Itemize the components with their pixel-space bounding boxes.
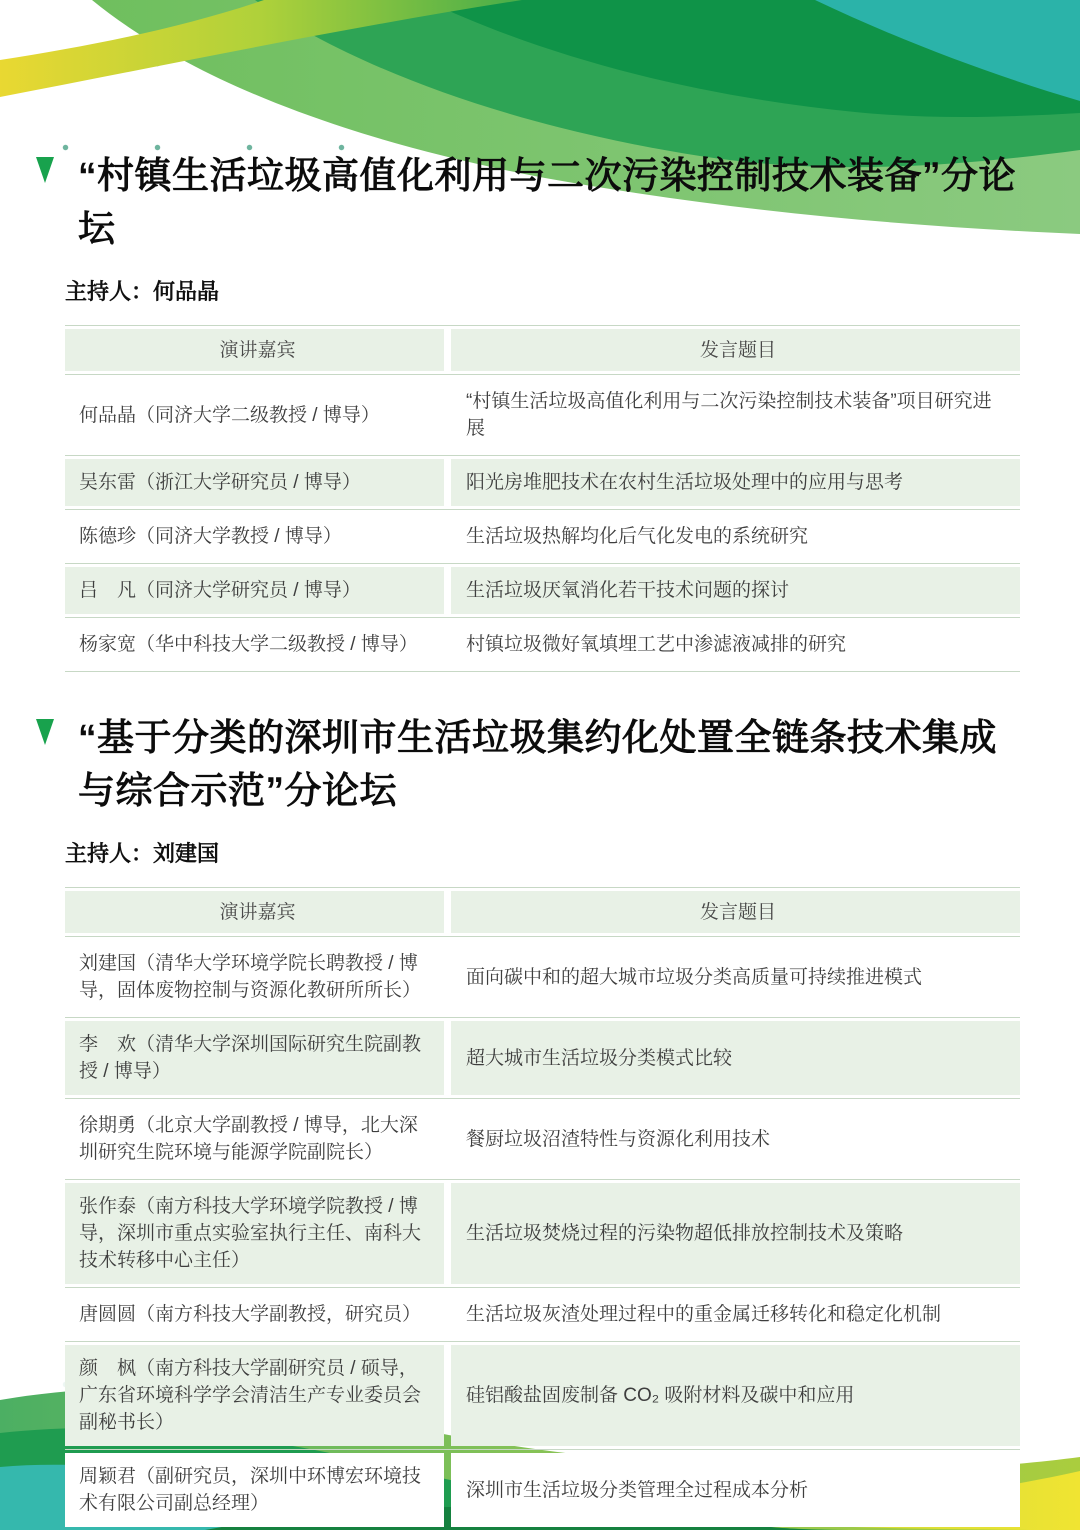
session-host: 主持人：何品晶	[65, 275, 1080, 306]
forum-program-page: { "page": { "accent_triangle_color": "#1…	[0, 0, 1080, 1530]
topic-cell: 生活垃圾焚烧过程的污染物超低排放控制技术及策略	[451, 1183, 1020, 1284]
table-row: 周颖君（副研究员，深圳中环博宏环境技术有限公司副总经理）深圳市生活垃圾分类管理全…	[65, 1450, 1020, 1530]
speaker-cell: 吴东雷（浙江大学研究员 / 博导）	[65, 459, 444, 506]
topic-cell: 村镇垃圾微好氧填埋工艺中渗滤液减排的研究	[451, 621, 1020, 668]
speaker-cell: 陈德珍（同济大学教授 / 博导）	[65, 513, 444, 560]
speakers-table: 演讲嘉宾 发言题目 刘建国（清华大学环境学院长聘教授 / 博导，固体废物控制与资…	[65, 887, 1020, 1530]
topic-cell: 面向碳中和的超大城市垃圾分类高质量可持续推进模式	[451, 940, 1020, 1014]
table-row: 李 欢（清华大学深圳国际研究生院副教授 / 博导）超大城市生活垃圾分类模式比较	[65, 1018, 1020, 1099]
table-row: 张作泰（南方科技大学环境学院教授 / 博导，深圳市重点实验室执行主任、南科大技术…	[65, 1180, 1020, 1288]
program-content: “村镇生活垃圾高值化利用与二次污染控制技术装备”分论坛 主持人：何品晶 演讲嘉宾…	[0, 0, 1080, 1530]
section-title-row: “村镇生活垃圾高值化利用与二次污染控制技术装备”分论坛	[78, 150, 1040, 255]
speaker-cell: 李 欢（清华大学深圳国际研究生院副教授 / 博导）	[65, 1021, 444, 1095]
topic-cell: 深圳市生活垃圾分类管理全过程成本分析	[451, 1453, 1020, 1527]
section-title: “基于分类的深圳市生活垃圾集约化处置全链条技术集成与综合示范”分论坛	[78, 712, 1023, 817]
topic-cell: 阳光房堆肥技术在农村生活垃圾处理中的应用与思考	[451, 459, 1020, 506]
speaker-cell: 杨家宽（华中科技大学二级教授 / 博导）	[65, 621, 444, 668]
table-row: 陈德珍（同济大学教授 / 博导）生活垃圾热解均化后气化发电的系统研究	[65, 510, 1020, 564]
table-header-row: 演讲嘉宾 发言题目	[65, 888, 1020, 937]
topic-cell: 超大城市生活垃圾分类模式比较	[451, 1021, 1020, 1095]
column-header-topic: 发言题目	[451, 891, 1020, 933]
speakers-table: 演讲嘉宾 发言题目 何品晶（同济大学二级教授 / 博导）“村镇生活垃圾高值化利用…	[65, 325, 1020, 672]
column-header-speaker: 演讲嘉宾	[65, 329, 444, 371]
section-title-row: “基于分类的深圳市生活垃圾集约化处置全链条技术集成与综合示范”分论坛	[78, 712, 1040, 817]
topic-cell: “村镇生活垃圾高值化利用与二次污染控制技术装备”项目研究进展	[451, 378, 1020, 452]
topic-cell: 生活垃圾热解均化后气化发电的系统研究	[451, 513, 1020, 560]
session-host: 主持人：刘建国	[65, 837, 1080, 868]
table-row: 徐期勇（北京大学副教授 / 博导，北大深圳研究生院环境与能源学院副院长）餐厨垃圾…	[65, 1099, 1020, 1180]
forum-section: “村镇生活垃圾高值化利用与二次污染控制技术装备”分论坛 主持人：何品晶 演讲嘉宾…	[0, 150, 1080, 672]
speaker-cell: 颜 枫（南方科技大学副研究员 / 硕导，广东省环境科学学会清洁生产专业委员会副秘…	[65, 1345, 444, 1446]
topic-cell: 生活垃圾厌氧消化若干技术问题的探讨	[451, 567, 1020, 614]
table-row: 唐圆圆（南方科技大学副教授，研究员）生活垃圾灰渣处理过程中的重金属迁移转化和稳定…	[65, 1288, 1020, 1342]
table-row: 何品晶（同济大学二级教授 / 博导）“村镇生活垃圾高值化利用与二次污染控制技术装…	[65, 375, 1020, 456]
speaker-cell: 唐圆圆（南方科技大学副教授，研究员）	[65, 1291, 444, 1338]
topic-cell: 硅铝酸盐固废制备 CO₂ 吸附材料及碳中和应用	[451, 1345, 1020, 1446]
table-row: 刘建国（清华大学环境学院长聘教授 / 博导，固体废物控制与资源化教研所所长）面向…	[65, 937, 1020, 1018]
table-row: 吴东雷（浙江大学研究员 / 博导）阳光房堆肥技术在农村生活垃圾处理中的应用与思考	[65, 456, 1020, 510]
forum-section: “基于分类的深圳市生活垃圾集约化处置全链条技术集成与综合示范”分论坛 主持人：刘…	[0, 712, 1080, 1530]
speaker-cell: 张作泰（南方科技大学环境学院教授 / 博导，深圳市重点实验室执行主任、南科大技术…	[65, 1183, 444, 1284]
speaker-cell: 刘建国（清华大学环境学院长聘教授 / 博导，固体废物控制与资源化教研所所长）	[65, 940, 444, 1014]
speaker-cell: 周颖君（副研究员，深圳中环博宏环境技术有限公司副总经理）	[65, 1453, 444, 1527]
speaker-cell: 徐期勇（北京大学副教授 / 博导，北大深圳研究生院环境与能源学院副院长）	[65, 1102, 444, 1176]
table-header-row: 演讲嘉宾 发言题目	[65, 326, 1020, 375]
column-header-topic: 发言题目	[451, 329, 1020, 371]
session-host-text: 主持人：何品晶	[65, 279, 219, 304]
table-row: 吕 凡（同济大学研究员 / 博导）生活垃圾厌氧消化若干技术问题的探讨	[65, 564, 1020, 618]
section-marker-triangle-icon	[36, 719, 54, 745]
topic-cell: 餐厨垃圾沼渣特性与资源化利用技术	[451, 1102, 1020, 1176]
column-header-speaker: 演讲嘉宾	[65, 891, 444, 933]
section-marker-triangle-icon	[36, 157, 54, 183]
table-row: 杨家宽（华中科技大学二级教授 / 博导）村镇垃圾微好氧填埋工艺中渗滤液减排的研究	[65, 618, 1020, 671]
session-host-text: 主持人：刘建国	[65, 841, 219, 866]
speaker-cell: 吕 凡（同济大学研究员 / 博导）	[65, 567, 444, 614]
topic-cell: 生活垃圾灰渣处理过程中的重金属迁移转化和稳定化机制	[451, 1291, 1020, 1338]
speaker-cell: 何品晶（同济大学二级教授 / 博导）	[65, 378, 444, 452]
section-title: “村镇生活垃圾高值化利用与二次污染控制技术装备”分论坛	[78, 150, 1023, 255]
table-row: 颜 枫（南方科技大学副研究员 / 硕导，广东省环境科学学会清洁生产专业委员会副秘…	[65, 1342, 1020, 1450]
